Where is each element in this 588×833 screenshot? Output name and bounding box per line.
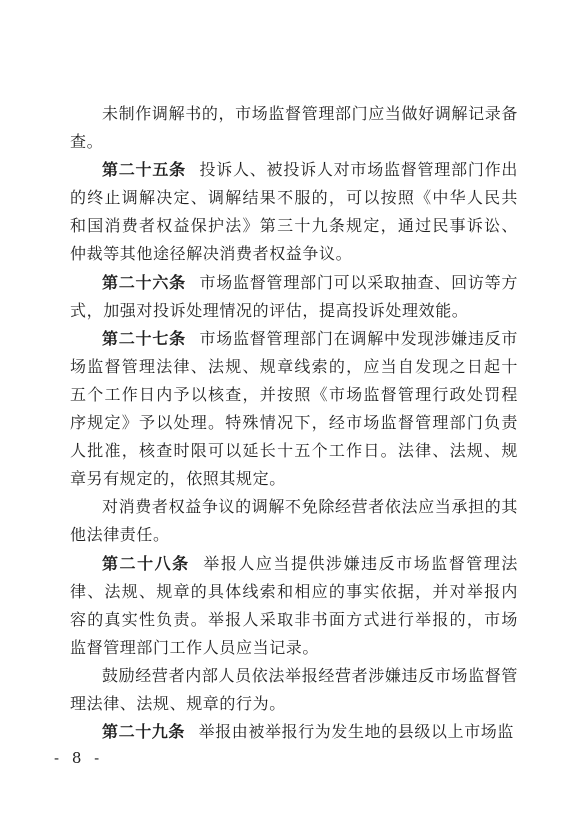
paragraph: 第二十八条举报人应当提供涉嫌违反市场监督管理法律、法规、规章的具体线索和相应的事… bbox=[70, 550, 518, 662]
paragraph-text: 市场监督管理部门在调解中发现涉嫌违反市场监督管理法律、法规、规章线索的，应当自发… bbox=[70, 329, 518, 488]
paragraph: 对消费者权益争议的调解不免除经营者依法应当承担的其他法律责任。 bbox=[70, 493, 518, 549]
article-number: 第二十八条 bbox=[102, 554, 190, 573]
paragraph-text: 举报由被举报行为发生地的县级以上市场监 bbox=[199, 722, 514, 741]
paragraph: 鼓励经营者内部人员依法举报经营者涉嫌违反市场监督管理法律、法规、规章的行为。 bbox=[70, 662, 518, 718]
document-page: 未制作调解书的，市场监督管理部门应当做好调解记录备查。 第二十五条投诉人、被投诉… bbox=[0, 0, 588, 833]
article-number: 第二十七条 bbox=[102, 329, 186, 348]
article-number: 第二十五条 bbox=[102, 160, 186, 179]
document-body: 未制作调解书的，市场监督管理部门应当做好调解记录备查。 第二十五条投诉人、被投诉… bbox=[70, 100, 518, 746]
paragraph: 第二十九条举报由被举报行为发生地的县级以上市场监 bbox=[70, 718, 518, 746]
paragraph: 第二十五条投诉人、被投诉人对市场监督管理部门作出的终止调解决定、调解结果不服的，… bbox=[70, 156, 518, 268]
article-number: 第二十九条 bbox=[102, 722, 185, 741]
paragraph-text: 鼓励经营者内部人员依法举报经营者涉嫌违反市场监督管理法律、法规、规章的行为。 bbox=[70, 666, 518, 713]
paragraph-text: 未制作调解书的，市场监督管理部门应当做好调解记录备查。 bbox=[70, 104, 518, 151]
paragraph: 第二十六条市场监督管理部门可以采取抽查、回访等方式，加强对投诉处理情况的评估，提… bbox=[70, 269, 518, 325]
paragraph-text: 对消费者权益争议的调解不免除经营者依法应当承担的其他法律责任。 bbox=[70, 497, 518, 544]
paragraph: 第二十七条市场监督管理部门在调解中发现涉嫌违反市场监督管理法律、法规、规章线索的… bbox=[70, 325, 518, 494]
article-number: 第二十六条 bbox=[102, 273, 186, 292]
paragraph: 未制作调解书的，市场监督管理部门应当做好调解记录备查。 bbox=[70, 100, 518, 156]
page-number: - 8 - bbox=[54, 749, 103, 767]
